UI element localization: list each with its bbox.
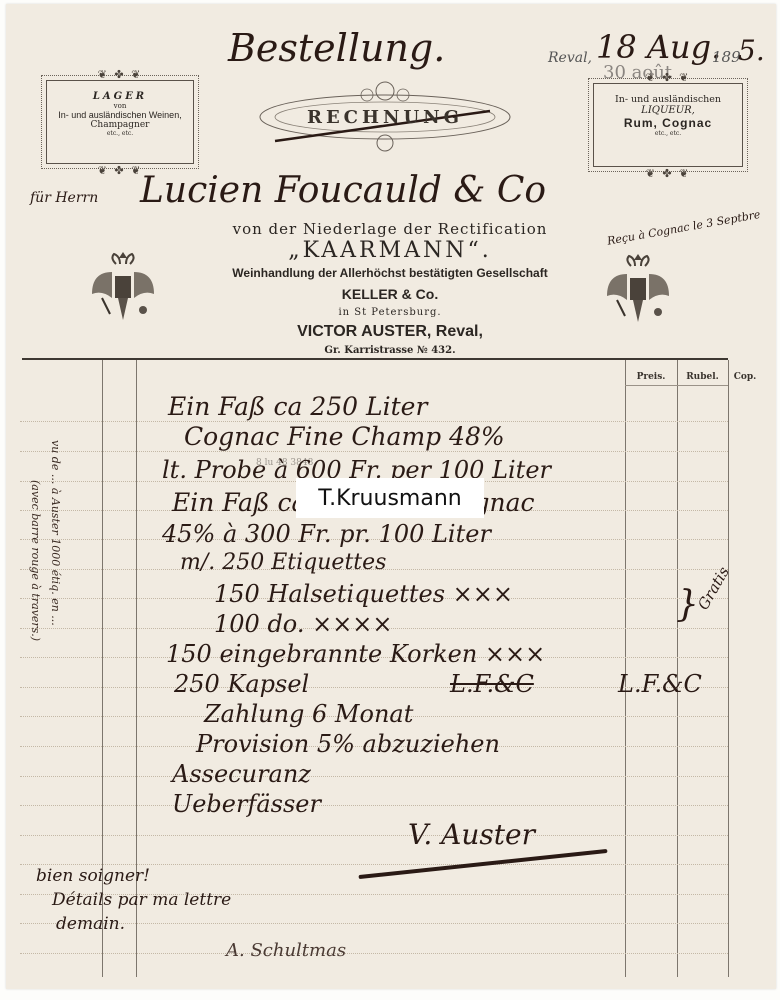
header-underline: [625, 385, 728, 386]
order-line: 100 do. ××××: [214, 610, 393, 638]
column-divider: [625, 360, 626, 977]
recipient-prefix: für Herrn: [30, 190, 98, 206]
right-box-line3: Rum, Cognac: [594, 116, 742, 130]
ruled-line: [20, 923, 728, 924]
ruled-line: [20, 805, 728, 806]
footer-note-line2: Détails par ma lettre: [52, 890, 231, 910]
right-box-line1: In- und ausländischen: [594, 94, 742, 105]
order-line: Provision 5% abzuziehen: [196, 730, 500, 758]
letterhead-line5: in St Petersburg.: [180, 307, 600, 318]
struck-kapsel-mark: L.F.&C: [450, 670, 534, 698]
handwritten-title: Bestellung.: [228, 26, 445, 70]
rechnung-ornament: RECHNUNG: [255, 75, 515, 155]
right-box-line2: LIQUEUR,: [594, 105, 742, 116]
order-line: 250 Kapsel: [174, 670, 309, 698]
column-divider: [728, 360, 729, 977]
footer-note-line3: demain.: [56, 914, 125, 934]
left-box-line4: Champagner: [47, 120, 193, 130]
date-handwritten: 18 Aug.: [596, 28, 721, 66]
order-line: Ueberfässer: [172, 790, 321, 818]
letterhead-line6: VICTOR AUSTER, Reval,: [180, 323, 600, 341]
right-box-line4: etc., etc.: [594, 130, 742, 137]
letterhead-line7: Gr. Karristrasse № 432.: [180, 345, 600, 356]
seller-signature: V. Auster: [408, 818, 535, 851]
column-header-rubel: Rubel.: [677, 372, 728, 382]
ruled-line: [20, 451, 728, 452]
recipient-name: Lucien Foucauld & Co: [140, 170, 546, 211]
order-line: Cognac Fine Champ 48%: [184, 422, 505, 451]
ornament-icon: ❦ ✤ ❦: [98, 164, 143, 177]
double-headed-eagle-icon: [88, 248, 158, 328]
letterhead-line2: „KAARMANN“.: [180, 238, 600, 263]
order-line: Zahlung 6 Monat: [204, 700, 413, 728]
order-line: 45% à 300 Fr. pr. 100 Liter: [162, 520, 491, 548]
ruled-line: [20, 776, 728, 777]
archive-stamp: T.Kruusmann: [296, 478, 484, 518]
margin-note-line1: vu de ... à Auster 1000 étiq. en ...: [49, 440, 62, 626]
left-box-line2: von: [47, 102, 193, 110]
ruled-line: [20, 864, 728, 865]
order-line: Ein Faß ca 250 Liter: [168, 392, 427, 421]
year-printed: 189: [712, 48, 741, 66]
rechnung-crossed-title: RECHNUNG: [255, 107, 515, 128]
order-line: m/. 250 Etiquettes: [180, 550, 386, 575]
table-top-rule: [22, 358, 728, 360]
left-ornamental-box: ❦ ✤ ❦ LAGER von In- und ausländischen We…: [46, 80, 194, 164]
year-handwritten: 5.: [738, 34, 765, 67]
order-line: 150 Halsetiquettes ×××: [214, 580, 513, 608]
ruled-line: [20, 835, 728, 836]
order-line: Assecuranz: [172, 760, 311, 788]
ornament-icon: ❦ ✤ ❦: [646, 71, 691, 84]
column-divider: [677, 360, 678, 977]
footer-signature: A. Schultmas: [226, 940, 346, 961]
column-header-cop: Cop.: [728, 372, 762, 382]
ornament-icon: ❦ ✤ ❦: [646, 167, 691, 180]
footer-note-line1: bien soigner!: [36, 866, 150, 886]
column-header-preis: Preis.: [625, 372, 677, 382]
left-box-line3: In- und ausländischen Weinen,: [47, 110, 193, 120]
left-box-line1: LAGER: [47, 91, 193, 102]
place-printed: Reval,: [548, 50, 592, 66]
ornament-icon: ❦ ✤ ❦: [98, 68, 143, 81]
right-ornamental-box: ❦ ✤ ❦ In- und ausländischen LIQUEUR, Rum…: [593, 83, 743, 167]
letterhead-line3: Weinhandlung der Allerhöchst bestätigten…: [180, 266, 600, 280]
double-headed-eagle-icon: [603, 250, 673, 330]
left-box-line5: etc., etc.: [47, 130, 193, 137]
margin-note-line2: (avec barre rouge à travers.): [29, 480, 42, 641]
letterhead-line1: von der Niederlage der Rectification: [180, 220, 600, 238]
kapsel-mark: L.F.&C: [618, 670, 702, 698]
order-line: 150 eingebrannte Korken ×××: [166, 640, 545, 668]
letterhead-line4: KELLER & Co.: [180, 286, 600, 302]
ruled-line: [20, 953, 728, 954]
